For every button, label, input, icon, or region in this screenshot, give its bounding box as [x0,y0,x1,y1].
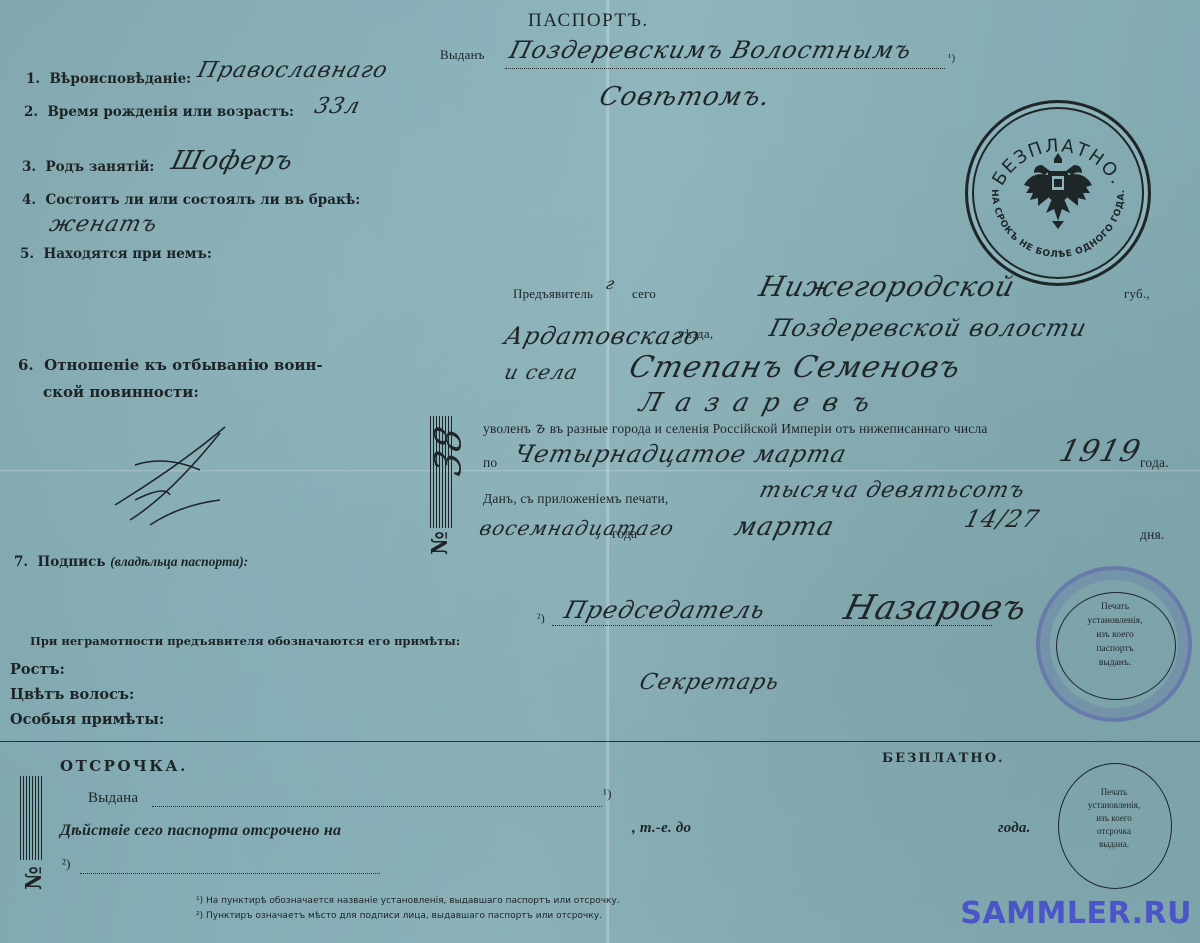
issued-by-label: Выданъ [440,47,485,63]
issued-by-value: Поздеревскимъ Волостнымъ [507,36,915,64]
height-label: Ростъ: [10,661,65,678]
given-day: 14/27 [962,505,1043,533]
until-value: Четырнадцатое марта [512,440,850,468]
given-year-label: года [612,526,637,542]
given-year-words: тысяча девятьсотъ [757,478,1028,503]
until-year: 1919 [1056,434,1145,469]
until-label: по [483,455,497,471]
field-2-value: 33л [312,94,363,119]
deferral-sign-marker: ²) [62,856,71,872]
deferral-issued-marker: ¹) [603,786,612,802]
illiterate-note: При неграмотности предъявителя обозначаю… [30,634,460,648]
village-value: и села [502,360,581,384]
field-4-value: женатъ [47,212,160,237]
day-label: дня. [1140,527,1164,543]
issued-by-value-2: Совѣтомъ. [596,82,774,112]
deferral-validity-label: Дѣйствіе сего паспорта отсрочено на [60,822,341,840]
special-marks-label: Особыя примѣты: [10,711,164,728]
volost-value: Поздеревской волости [767,314,1091,342]
free-stamp: БЕЗПЛАТНО. НА СРОКЪ НЕ БОЛѢЕ ОДНОГО ГОДА… [965,100,1151,286]
field-1-value: Православнаго [195,58,391,83]
field-4: 4. Состоитъ ли или состоялъ ли въ бракѣ: [22,192,360,208]
province-value: Нижегородской [756,270,1019,303]
field-7: 7. Подпись (владѣльца паспорта): [14,554,248,570]
passport-number-sign: № [427,531,453,555]
field-5-label: Находятся при немъ: [44,246,212,262]
given-label: Данъ, съ приложеніемъ печати, [483,491,668,507]
released-line: уволенъ ъ въ разные города и селенія Рос… [483,418,988,437]
field-2-label: Время рожденія или возрастъ: [48,104,295,120]
given-year-words-2: восемнадцатаго [477,516,677,540]
bearer-label: Предъявитель [513,286,593,302]
footnote-1: ¹) На пунктирѣ обозначается названіе уст… [196,896,620,906]
field-6-label: Отношеніе къ отбыванію воин- [44,356,323,374]
double-headed-eagle-icon [1018,149,1098,231]
field-1-label: Вѣроисповѣданіе: [50,71,192,87]
chairman-title: Председатель [562,596,769,624]
field-3: 3. Родъ занятій: [22,159,154,175]
deferral-until-label: , т.-е. до [632,820,691,837]
field-7-label: Подпись [38,554,106,570]
footnote-2: ²) Пунктиръ означаетъ мѣсто для подписи … [196,911,602,921]
deferral-year-label: года. [998,820,1031,837]
hair-color-label: Цвѣтъ волосъ: [10,686,134,703]
deferral-issued-line [152,806,602,807]
field-4-label: Состоитъ ли или состоялъ ли въ бракѣ: [46,192,361,208]
field-1: 1. Вѣроисповѣданіе: [26,71,191,87]
deferral-number-bar [20,776,42,860]
issued-by-line [505,68,945,69]
field-3-value: Шоферъ [168,146,297,176]
deferral-number-sign: № [21,866,47,890]
given-month: марта [731,512,837,542]
district-label: уѣзда, [678,326,713,342]
bearer-name: Степанъ Семеновъ [626,350,965,385]
field-3-label: Родъ занятій: [46,159,155,175]
field-2: 2. Время рожденія или возрастъ: [24,104,294,120]
page-title: ПАСПОРТЪ. [528,10,649,32]
field-6: 6. Отношеніе къ отбыванію воин- ской пов… [18,352,323,406]
deferral-title: ОТСРОЧКА. [60,757,188,775]
year-label: года. [1140,455,1169,471]
sign-marker: ²) [537,611,545,626]
deferral-issued-label: Выдана [88,790,138,807]
bearer-surname: Лазаревъ [636,388,887,418]
field-5: 5. Находятся при немъ: [20,246,212,262]
deferral-sign-line [80,873,380,874]
secretary-signature: Секретарь [637,670,782,695]
seal-issued-text: Печать установленія, изъ коего паспортъ … [1075,600,1155,670]
passport-number-value: 38 [428,422,469,479]
military-duty-signature [110,425,230,535]
watermark: SAMMLER.RU [960,896,1192,931]
deferral-free-label: БЕЗПЛАТНО. [882,751,1005,766]
this-label: сего [632,286,656,302]
footnote-marker: ¹) [948,52,955,64]
chairman-signature: Назаровъ [840,588,1031,628]
district-value: Ардатовскаго [502,322,704,350]
section-divider [0,741,1200,742]
deferral-seal-text: Печать установленія, изъ коего отсрочка … [1074,786,1154,851]
province-label: губ., [1124,286,1150,302]
